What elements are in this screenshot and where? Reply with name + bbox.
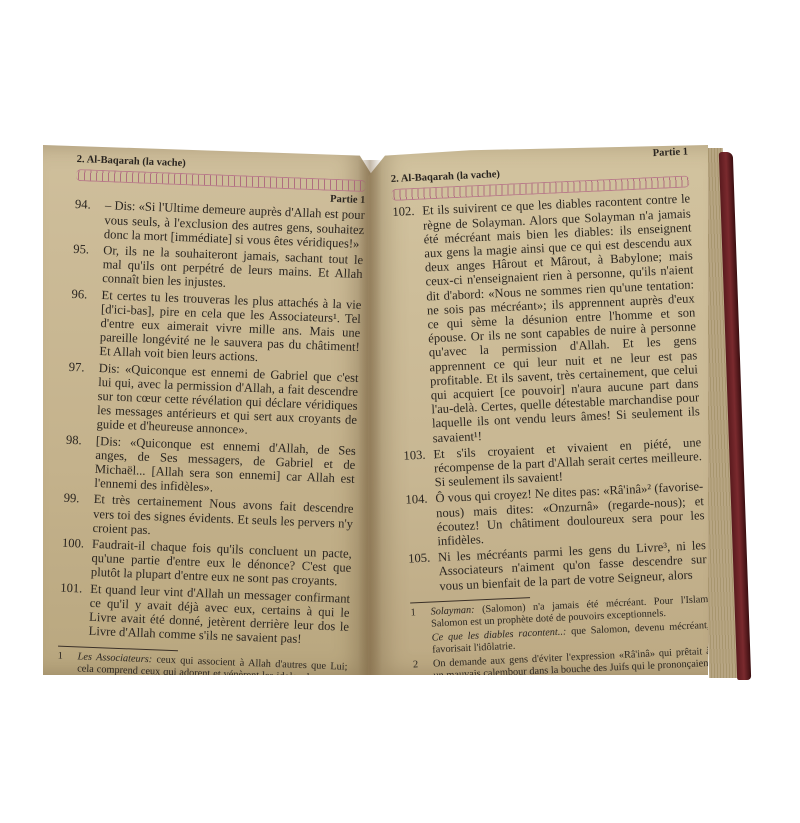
verse-number: 98. (64, 432, 96, 490)
right-page: Partie 1 2. Al-Baqarah (la vache) 102.Et… (368, 145, 708, 675)
verse-number: 103. (403, 447, 435, 491)
footnote: Eux: les Juifs ou les idolâtres qui tien… (56, 688, 347, 723)
verse-text: – Dis: «Si l'Ultime demeure auprès d'All… (104, 199, 365, 252)
verse-number: 95. (72, 242, 104, 286)
verse-number: 101. (58, 580, 90, 638)
footnote-term: Les gens du Livre: (434, 693, 511, 707)
footnote: 1Les Associateurs: ceux qui associent à … (57, 650, 348, 697)
verse-number: 104. (405, 492, 438, 550)
part-label: Partie 1 (652, 145, 688, 161)
footnotes: 1Les Associateurs: ceux qui associent à … (56, 650, 348, 723)
verse: 101.Et quand leur vint d'Allah un messag… (58, 580, 350, 648)
page-number: 20 (536, 735, 595, 756)
open-book: 2. Al-Baqarah (la vache) Partie 1 94.– D… (0, 0, 800, 823)
verse-number: 97. (66, 359, 99, 431)
verse-text: Et très certainement Nous avons fait des… (92, 492, 353, 545)
footnote-text: Les gens du Livre: ce sont principalemen… (434, 684, 713, 733)
verse-list: 94.– Dis: «Si l'Ultime demeure auprès d'… (58, 197, 365, 648)
verse-number: 99. (62, 491, 94, 535)
verse-text: Or, ils ne la souhaiteront jamais, sacha… (102, 243, 363, 296)
surah-title: 2. Al-Baqarah (la vache) (76, 153, 186, 171)
verse-number: 94. (74, 197, 106, 241)
verse-number: 105. (408, 551, 440, 595)
verse: 102.Et ils suivirent ce que les diables … (392, 192, 701, 447)
verse-text: Dis: «Quiconque est ennemi de Gabriel qu… (96, 361, 359, 442)
verse: 104.Ô vous qui croyez! Ne dites pas: «Râ… (405, 480, 705, 550)
footnote-term: Eux: (76, 689, 96, 701)
verse-text: Et ils suivirent ce que les diables raco… (422, 192, 701, 445)
ornament-right-icon (598, 734, 715, 748)
page-footer: 19 (54, 722, 344, 751)
footnote-term: Solayman: (430, 605, 475, 618)
verse-text: Et quand leur vint d'Allah un messager c… (88, 582, 350, 649)
ornament-right-icon (231, 733, 344, 746)
footnote-text: Eux: les Juifs ou les idolâtres qui tien… (76, 689, 347, 723)
page-footer: 20 (417, 730, 716, 762)
verse-text: Ô vous qui croyez! Ne dites pas: «Râ'inâ… (435, 480, 705, 549)
verse: 96.Et certes tu les trouveras les plus a… (69, 287, 362, 369)
footnote: 3Les gens du Livre: ce sont principaleme… (414, 684, 713, 733)
footnotes: 1Solayman: (Salomon) n'a jamais été mécr… (410, 594, 713, 733)
left-page: 2. Al-Baqarah (la vache) Partie 1 94.– D… (43, 145, 373, 675)
ornament-left-icon (55, 727, 168, 740)
verse: 98.[Dis: «Quiconque est ennemi d'Allah, … (64, 432, 356, 500)
verse-list: 102.Et ils suivirent ce que les diables … (392, 192, 707, 595)
verse-number: 100. (61, 536, 93, 580)
footnote-number: 2 (413, 658, 435, 695)
footnote-number: 3 (414, 696, 436, 733)
verse: 97.Dis: «Quiconque est ennemi de Gabriel… (66, 359, 359, 441)
verse-text: Et certes tu les trouveras les plus atta… (99, 288, 362, 369)
footnote-number (56, 688, 77, 713)
ornament-left-icon (417, 743, 534, 757)
verse-text: [Dis: «Quiconque est ennemi d'Allah, de … (94, 434, 356, 501)
footnote-term: Les Associateurs: (77, 651, 152, 665)
page-number: 19 (170, 727, 229, 747)
book-gutter (358, 160, 382, 675)
footnote-number (412, 632, 433, 657)
verse-text: Faudrait-il chaque fois qu'ils concluent… (91, 537, 352, 590)
footnote-number: 1 (410, 607, 431, 632)
footnote-number: 1 (57, 650, 78, 687)
verse-number: 96. (69, 287, 102, 359)
footnote-text: Les Associateurs: ceux qui associent à A… (77, 651, 348, 697)
